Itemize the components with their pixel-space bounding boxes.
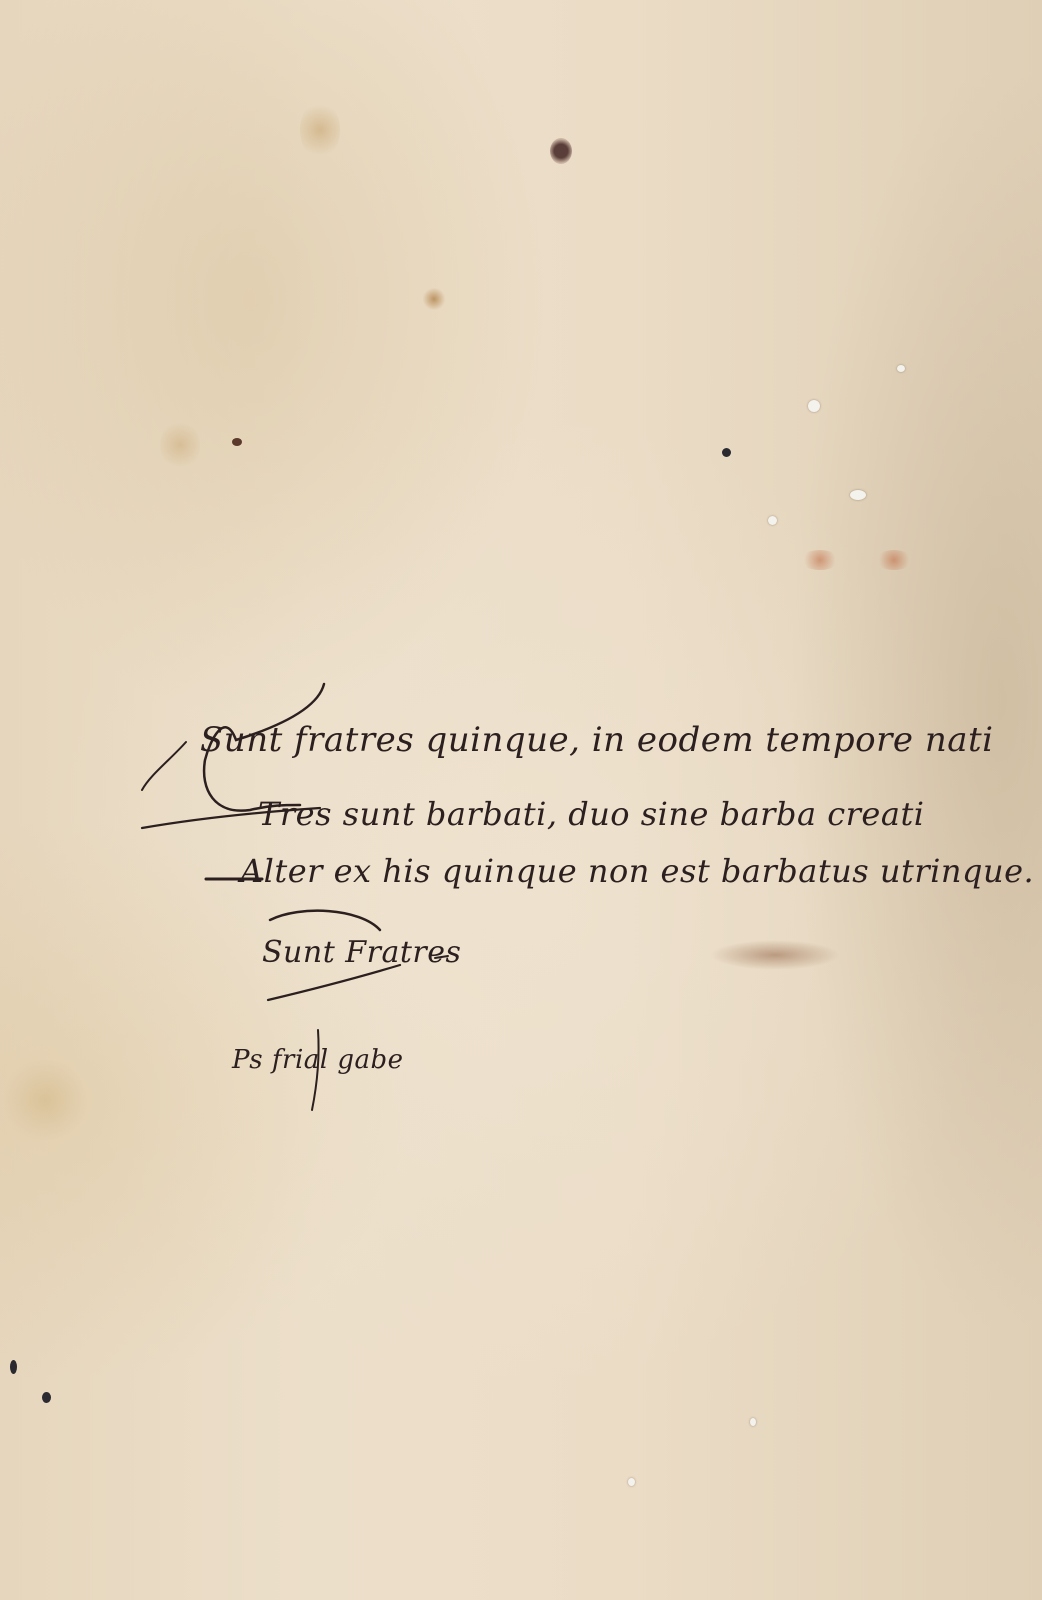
paper-hole — [808, 400, 820, 412]
ink-blot — [550, 138, 572, 164]
ink-dot — [10, 1360, 17, 1374]
smudge — [710, 940, 840, 970]
verse-line-1: Sunt fratres quinque, in eodem tempore n… — [200, 720, 994, 760]
ink-dot — [722, 448, 731, 457]
foxing-spot — [232, 438, 242, 446]
foxing-spot — [422, 288, 446, 310]
rust-spot — [800, 550, 840, 570]
paper-hole — [897, 365, 905, 372]
foxing-spot — [0, 1060, 90, 1140]
ink-dot — [42, 1392, 51, 1403]
rust-spot — [875, 550, 913, 570]
annotation-signature: Ps frial gabe — [232, 1045, 404, 1075]
annotation-sunt-fratres: Sunt Fratres — [262, 935, 461, 970]
manuscript-page: Sunt fratres quinque, in eodem tempore n… — [0, 0, 1042, 1600]
foxing-spot — [300, 100, 340, 160]
paper-hole — [628, 1478, 635, 1486]
verse-line-3: Alter ex his quinque non est barbatus ut… — [240, 852, 1034, 890]
foxing-spot — [160, 420, 200, 470]
paper-hole — [768, 516, 777, 525]
paper-hole — [750, 1418, 756, 1426]
verse-line-2: Tres sunt barbati, duo sine barba creati — [258, 795, 925, 833]
paper-hole — [850, 490, 866, 500]
